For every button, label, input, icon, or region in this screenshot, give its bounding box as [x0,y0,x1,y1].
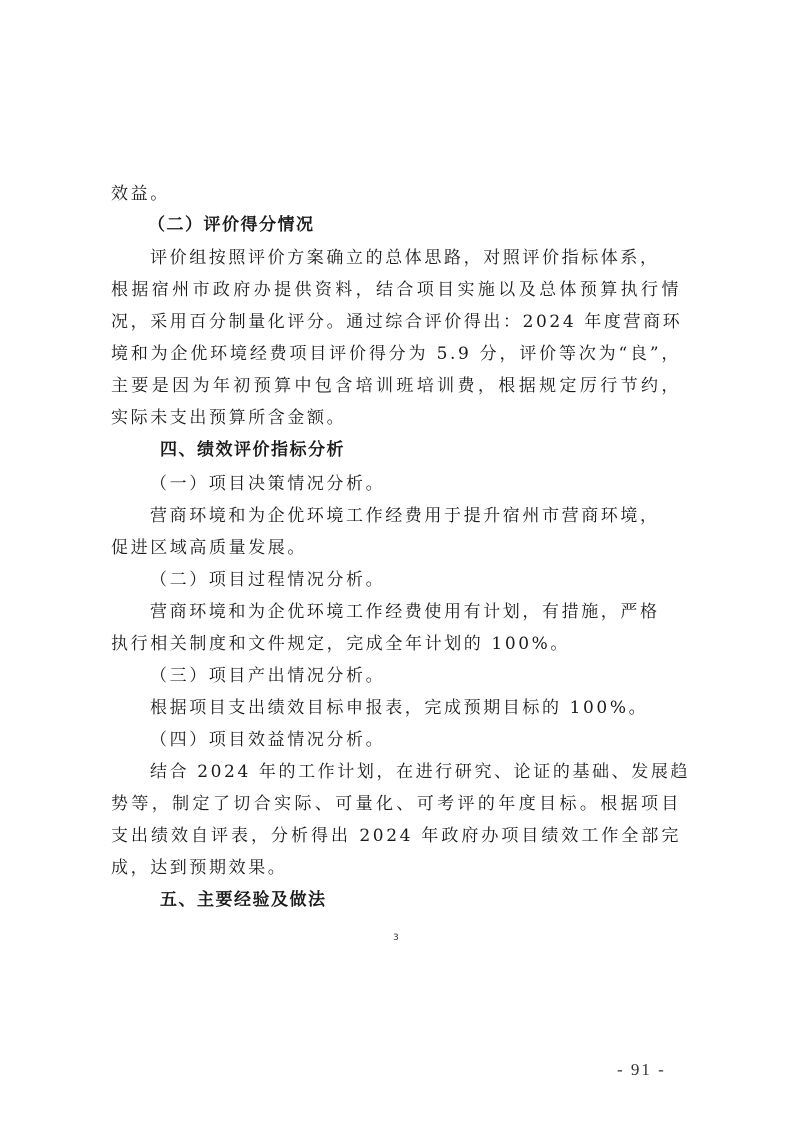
subsection-heading: （四）项目效益情况分析。 [150,726,720,754]
paragraph-line: 主要是因为年初预算中包含培训班培训费，根据规定厉行节约， [111,372,681,400]
paragraph-line: 促进区域高质量发展。 [111,534,681,562]
paragraph-line: 成，达到预期效果。 [111,854,681,882]
section-heading-indicator-analysis: 四、绩效评价指标分析 [160,436,730,464]
paragraph-line: 根据项目支出绩效目标申报表，完成预期目标的 100%。 [150,694,720,722]
subsection-heading: （三）项目产出情况分析。 [150,662,720,690]
paragraph-line: 效益。 [111,180,681,208]
paragraph-line: 执行相关制度和文件规定，完成全年计划的 100%。 [111,630,681,658]
paragraph-line: 根据宿州市政府办提供资料，结合项目实施以及总体预算执行情 [111,276,681,304]
paragraph-line: 营商环境和为企优环境工作经费使用有计划，有措施，严格 [150,598,720,626]
paragraph-line: 境和为企优环境经费项目评价得分为 5.9 分，评价等次为“良”， [111,340,681,368]
section-heading-evaluation-score: （二）评价得分情况 [148,211,718,239]
inner-page-number: 3 [393,933,399,943]
subsection-heading: （二）项目过程情况分析。 [150,566,720,594]
paragraph-line: 势等，制定了切合实际、可量化、可考评的年度目标。根据项目 [111,790,681,818]
paragraph-line: 结合 2024 年的工作计划，在进行研究、论证的基础、发展趋 [150,758,720,786]
paragraph-line: 实际未支出预算所含金额。 [111,404,681,432]
section-heading-experience: 五、主要经验及做法 [160,886,730,914]
paragraph-line: 况，采用百分制量化评分。通过综合评价得出：2024 年度营商环 [111,308,681,336]
paragraph-line: 营商环境和为企优环境工作经费用于提升宿州市营商环境， [150,502,720,530]
paragraph-line: 评价组按照评价方案确立的总体思路，对照评价指标体系， [150,244,720,272]
page-number: - 91 - [617,1060,666,1080]
subsection-heading: （一）项目决策情况分析。 [150,470,720,498]
paragraph-line: 支出绩效自评表，分析得出 2024 年政府办项目绩效工作全部完 [111,822,681,850]
